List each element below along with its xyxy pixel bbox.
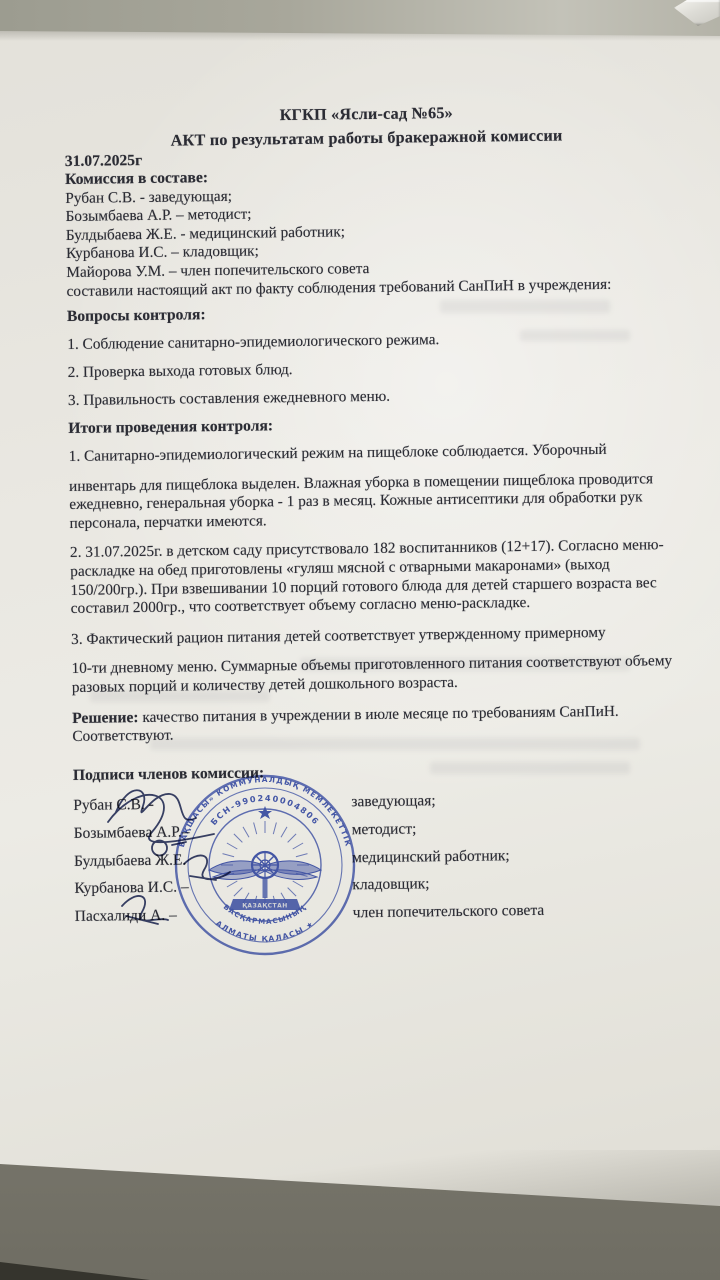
signer-role: кладовщик; xyxy=(352,872,678,895)
signer-role: член попечительского совета xyxy=(353,900,679,923)
paper-sheet: КГКП «Ясли-сад №65» АКТ по результатам р… xyxy=(0,0,720,1280)
signer-name: Рубан С.В. - xyxy=(73,794,351,816)
question-item: 3. Правильность составления ежедневного … xyxy=(68,384,672,410)
result-1-continuation: инвентарь для пищеблока выделен. Влажная… xyxy=(69,470,674,534)
decision-paragraph: Решение: качество питания в учреждении в… xyxy=(72,702,676,747)
results-heading: Итоги проведения контроля: xyxy=(68,412,672,438)
questions-heading: Вопросы контроля: xyxy=(67,300,671,326)
signer-role: заведующая; xyxy=(351,789,677,812)
decision-label: Решение: xyxy=(72,709,139,727)
signer-role: методист; xyxy=(352,817,678,840)
question-item: 1. Соблюдение санитарно-эпидемиологическ… xyxy=(67,328,671,354)
signer-name: Курбанова И.С. – xyxy=(74,877,352,899)
result-3-first-line: 3. Фактический рацион питания детей соот… xyxy=(71,623,675,649)
result-3-continuation: 10-ти дневному меню. Суммарные объемы пр… xyxy=(71,652,675,697)
result-2: 2. 31.07.2025г. в детском саду присутств… xyxy=(70,537,675,619)
question-item: 2. Проверка выхода готовых блюд. xyxy=(68,356,672,382)
decision-text: качество питания в учреждении в июле мес… xyxy=(72,702,619,745)
result-1-first-line: 1. Санитарно-эпидемиологический режим на… xyxy=(69,440,673,466)
document-photo: КГКП «Ясли-сад №65» АКТ по результатам р… xyxy=(0,0,720,1280)
paper-bottom-shadow xyxy=(0,1150,720,1210)
signatures-heading: Подписи членов комиссии: xyxy=(73,759,677,785)
signer-name: Булдыбаева Ж.Е. xyxy=(74,849,352,871)
signature-rows: Рубан С.В. - заведующая; Бозымбаева А.Р.… xyxy=(73,789,679,935)
document-body: КГКП «Ясли-сад №65» АКТ по результатам р… xyxy=(0,0,720,937)
signer-name: Бозымбаева А.Р.– xyxy=(74,821,352,843)
signer-name: Пасхалиди А. – xyxy=(75,904,353,926)
signer-role: медицинский работник; xyxy=(352,845,678,868)
floor-shadow-corner xyxy=(0,1258,150,1280)
